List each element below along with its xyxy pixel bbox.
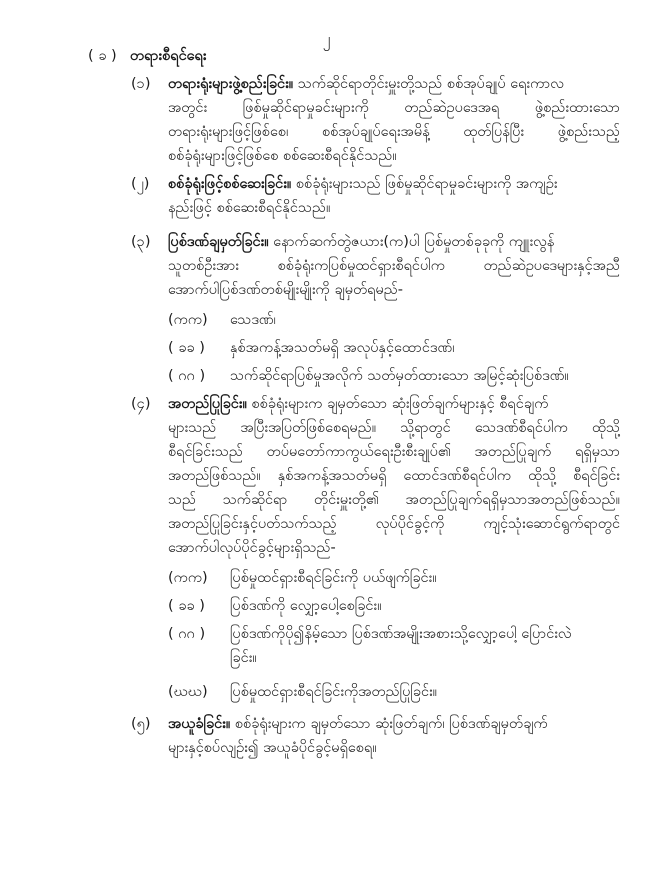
document-page: ၂ ( ခ ) တရားစီရင်ရေး (၁) တရားရုံးများဖွဲ…: [0, 0, 653, 875]
paragraph-line: အတည်ဖြစ်သည်။ နှစ်အကန့်အသတ်မရှိ ထောင်ဒဏ်စ…: [168, 464, 620, 488]
item-text: ပြစ်ဒဏ်ကိုပို၍နိမ့်သော ပြစ်ဒဏ်အမျိုးအစား…: [230, 622, 572, 646]
section-heading: အယူခံခြင်း။: [168, 716, 230, 732]
paragraph-line: စစ်ခုံရုံးများဖြင့်ဖြစ်စေ စစ်ဆေးစီရင်နို…: [168, 144, 397, 168]
section-heading: အတည်ပြုခြင်း။: [168, 396, 247, 412]
paragraph-line: သည် သက်ဆိုင်ရာ တိုင်းမှူးတို့၏ အတည်ပြုချ…: [168, 488, 620, 512]
item-number: ( ဂဂ ): [168, 364, 205, 388]
section-heading: တရားရုံးများဖွဲ့စည်းခြင်း။: [168, 76, 293, 92]
paragraph-line: အောက်ပါလုပ်ပိုင်ခွင့်များရှိသည်-: [168, 536, 336, 560]
paragraph-line: များနှင့်စပ်လျဉ်း၍ အယူခံပိုင်ခွင့်မရှိစေ…: [168, 736, 377, 760]
section-first-line: ပြစ်ဒဏ်ချမှတ်ခြင်း။ နောက်ဆက်တွဲဇယား(က)ပါ…: [168, 230, 554, 254]
paragraph-line: စီရင်ခြင်းသည် တပ်မတော်ကာကွယ်ရေးဦးစီးချုပ…: [168, 440, 620, 464]
item-number: ( ခခ ): [168, 336, 205, 360]
paragraph-line: တရားရုံးများဖြင့်ဖြစ်စေ၊ စစ်အုပ်ချုပ်ရေး…: [168, 120, 620, 144]
chapter-number: ( ခ ): [88, 44, 117, 68]
section-number: (၄): [131, 392, 150, 416]
item-number: (ဃဃ): [168, 680, 208, 704]
section-heading: ပြစ်ဒဏ်ချမှတ်ခြင်း။: [168, 234, 269, 250]
paragraph-line: သူတစ်ဦးအား စစ်ခုံရုံးကပြစ်မှုထင်ရှားစီရင…: [168, 254, 620, 278]
section-first-line: စစ်ခုံရုံးဖြင့်စစ်ဆေးခြင်း။ စစ်ခုံရုံးမျ…: [168, 172, 557, 196]
item-text: ပြစ်ဒဏ်ကို လျှော့ပေါ့စေခြင်း။: [230, 594, 382, 618]
chapter-title: တရားစီရင်ရေး: [130, 44, 207, 68]
section-number: (၃): [131, 230, 150, 254]
paragraph-text: စစ်ခုံရုံးများက ချမှတ်သော ဆုံးဖြတ်ချက်မျ…: [251, 396, 548, 412]
paragraph-line: အတွင်း ဖြစ်မှုဆိုင်ရာမှုခင်းများကို တည်ဆ…: [168, 96, 620, 120]
section-first-line: တရားရုံးများဖွဲ့စည်းခြင်း။ သက်ဆိုင်ရာတို…: [168, 72, 620, 96]
section-heading: စစ်ခုံရုံးဖြင့်စစ်ဆေးခြင်း။: [168, 176, 291, 192]
item-text: နှစ်အကန့်အသတ်မရှိ အလုပ်နှင့်ထောင်ဒဏ်၊: [230, 336, 454, 360]
item-text: ပြစ်မှုထင်ရှားစီရင်ခြင်းကို ပယ်ဖျက်ခြင်း…: [230, 566, 437, 590]
section-number: (၅): [131, 712, 150, 736]
paragraph-line: များသည် အပြီးအပြတ်ဖြစ်စေရမည်။ သို့ရာတွင်…: [168, 416, 620, 440]
section-first-line: အယူခံခြင်း။ စစ်ခုံရုံးများက ချမှတ်သော ဆု…: [168, 712, 548, 736]
section-number: (၂): [131, 172, 149, 196]
item-number: (ကက): [168, 308, 208, 332]
paragraph-text: စစ်ခုံရုံးများက ချမှတ်သော ဆုံးဖြတ်ချက်၊ …: [235, 716, 548, 732]
paragraph-text: သက်ဆိုင်ရာတိုင်းမှူးတို့သည် စစ်အုပ်ချုပ်…: [298, 76, 564, 92]
item-text: ပြစ်မှုထင်ရှားစီရင်ခြင်းကိုအတည်ပြုခြင်း။: [230, 680, 437, 704]
paragraph-text: နောက်ဆက်တွဲဇယား(က)ပါ ပြစ်မှုတစ်ခုခုကို က…: [273, 234, 554, 250]
item-text-continued: ခြင်း။: [230, 646, 257, 670]
section-first-line: အတည်ပြုခြင်း။ စစ်ခုံရုံးများက ချမှတ်သော …: [168, 392, 548, 416]
paragraph-line: အတည်ပြုခြင်းနှင့်ပတ်သက်သည့် လုပ်ပိုင်ခွင…: [168, 512, 620, 536]
paragraph-line: နည်းဖြင့် စစ်ဆေးစီရင်နိုင်သည်။: [168, 196, 330, 220]
item-number: ( ဂဂ ): [168, 622, 205, 646]
paragraph-line: အောက်ပါပြစ်ဒဏ်တစ်မျိုးမျိုးကို ချမှတ်ရမည…: [168, 278, 403, 302]
item-number: (ကက): [168, 566, 208, 590]
item-number: ( ခခ ): [168, 594, 205, 618]
section-number: (၁): [131, 72, 150, 96]
item-text: သေဒဏ်၊: [230, 308, 276, 332]
paragraph-text: စစ်ခုံရုံးများသည် ဖြစ်မှုဆိုင်ရာမှုခင်းမ…: [296, 176, 558, 192]
item-text: သက်ဆိုင်ရာပြစ်မှုအလိုက် သတ်မှတ်ထားသော အမ…: [230, 364, 569, 388]
